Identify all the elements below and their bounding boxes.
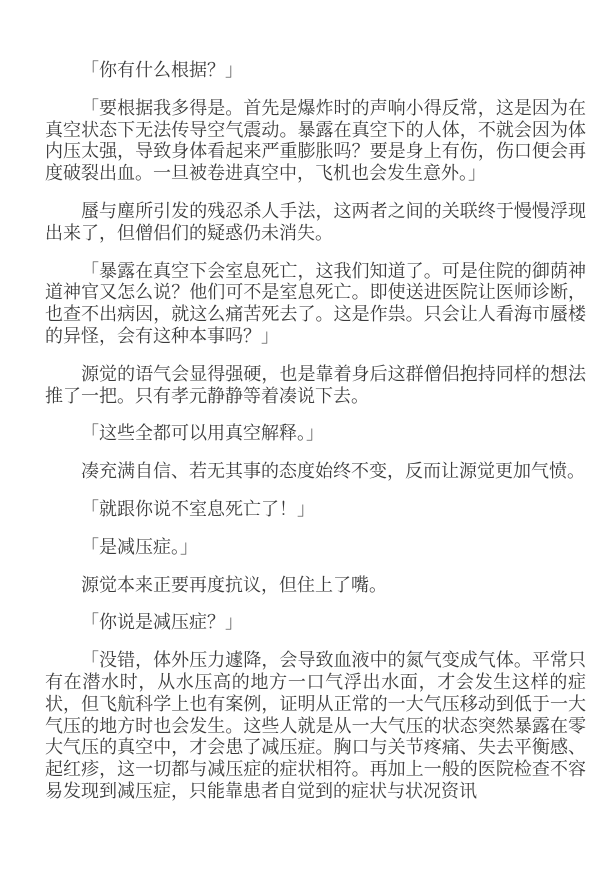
text-column: 「你有什么根据？」 「要根据我多得是。首先是爆炸时的声响小得反常，这是因为在真空… xyxy=(45,60,586,803)
paragraph-dialogue: 「是减压症。」 xyxy=(45,537,586,559)
paragraph-dialogue: 「你说是减压症？」 xyxy=(45,612,586,634)
paragraph-narration: 源觉的语气会显得强硬，也是靠着身后这群僧侣抱持同样的想法推了一把。只有孝元静静等… xyxy=(45,364,586,408)
paragraph-dialogue: 「暴露在真空下会室息死亡，这我们知道了。可是住院的御荫神道神官又怎么说？他们可不… xyxy=(45,261,586,348)
paragraph-dialogue: 「没错，体外压力遽降，会导致血液中的氮气变成气体。平常只有在潜水时，从水压高的地… xyxy=(45,650,586,803)
paragraph-dialogue: 「这些全都可以用真空解释。」 xyxy=(45,423,586,445)
paragraph-narration: 凑充满自信、若无其事的态度始终不变，反而让源觉更加气愤。 xyxy=(45,461,586,483)
paragraph-dialogue: 「你有什么根据？」 xyxy=(45,60,586,82)
paragraph-dialogue: 「要根据我多得是。首先是爆炸时的声响小得反常，这是因为在真空状态下无法传导空气震… xyxy=(45,98,586,185)
book-page: 「你有什么根据？」 「要根据我多得是。首先是爆炸时的声响小得反常，这是因为在真空… xyxy=(0,0,613,869)
paragraph-narration: 蜃与塵所引发的残忍杀人手法，这两者之间的关联终于慢慢浮现出来了，但僧侣们的疑惑仍… xyxy=(45,201,586,245)
paragraph-narration: 源觉本来正要再度抗议，但住上了嘴。 xyxy=(45,575,586,597)
paragraph-dialogue: 「就跟你说不室息死亡了！」 xyxy=(45,499,586,521)
